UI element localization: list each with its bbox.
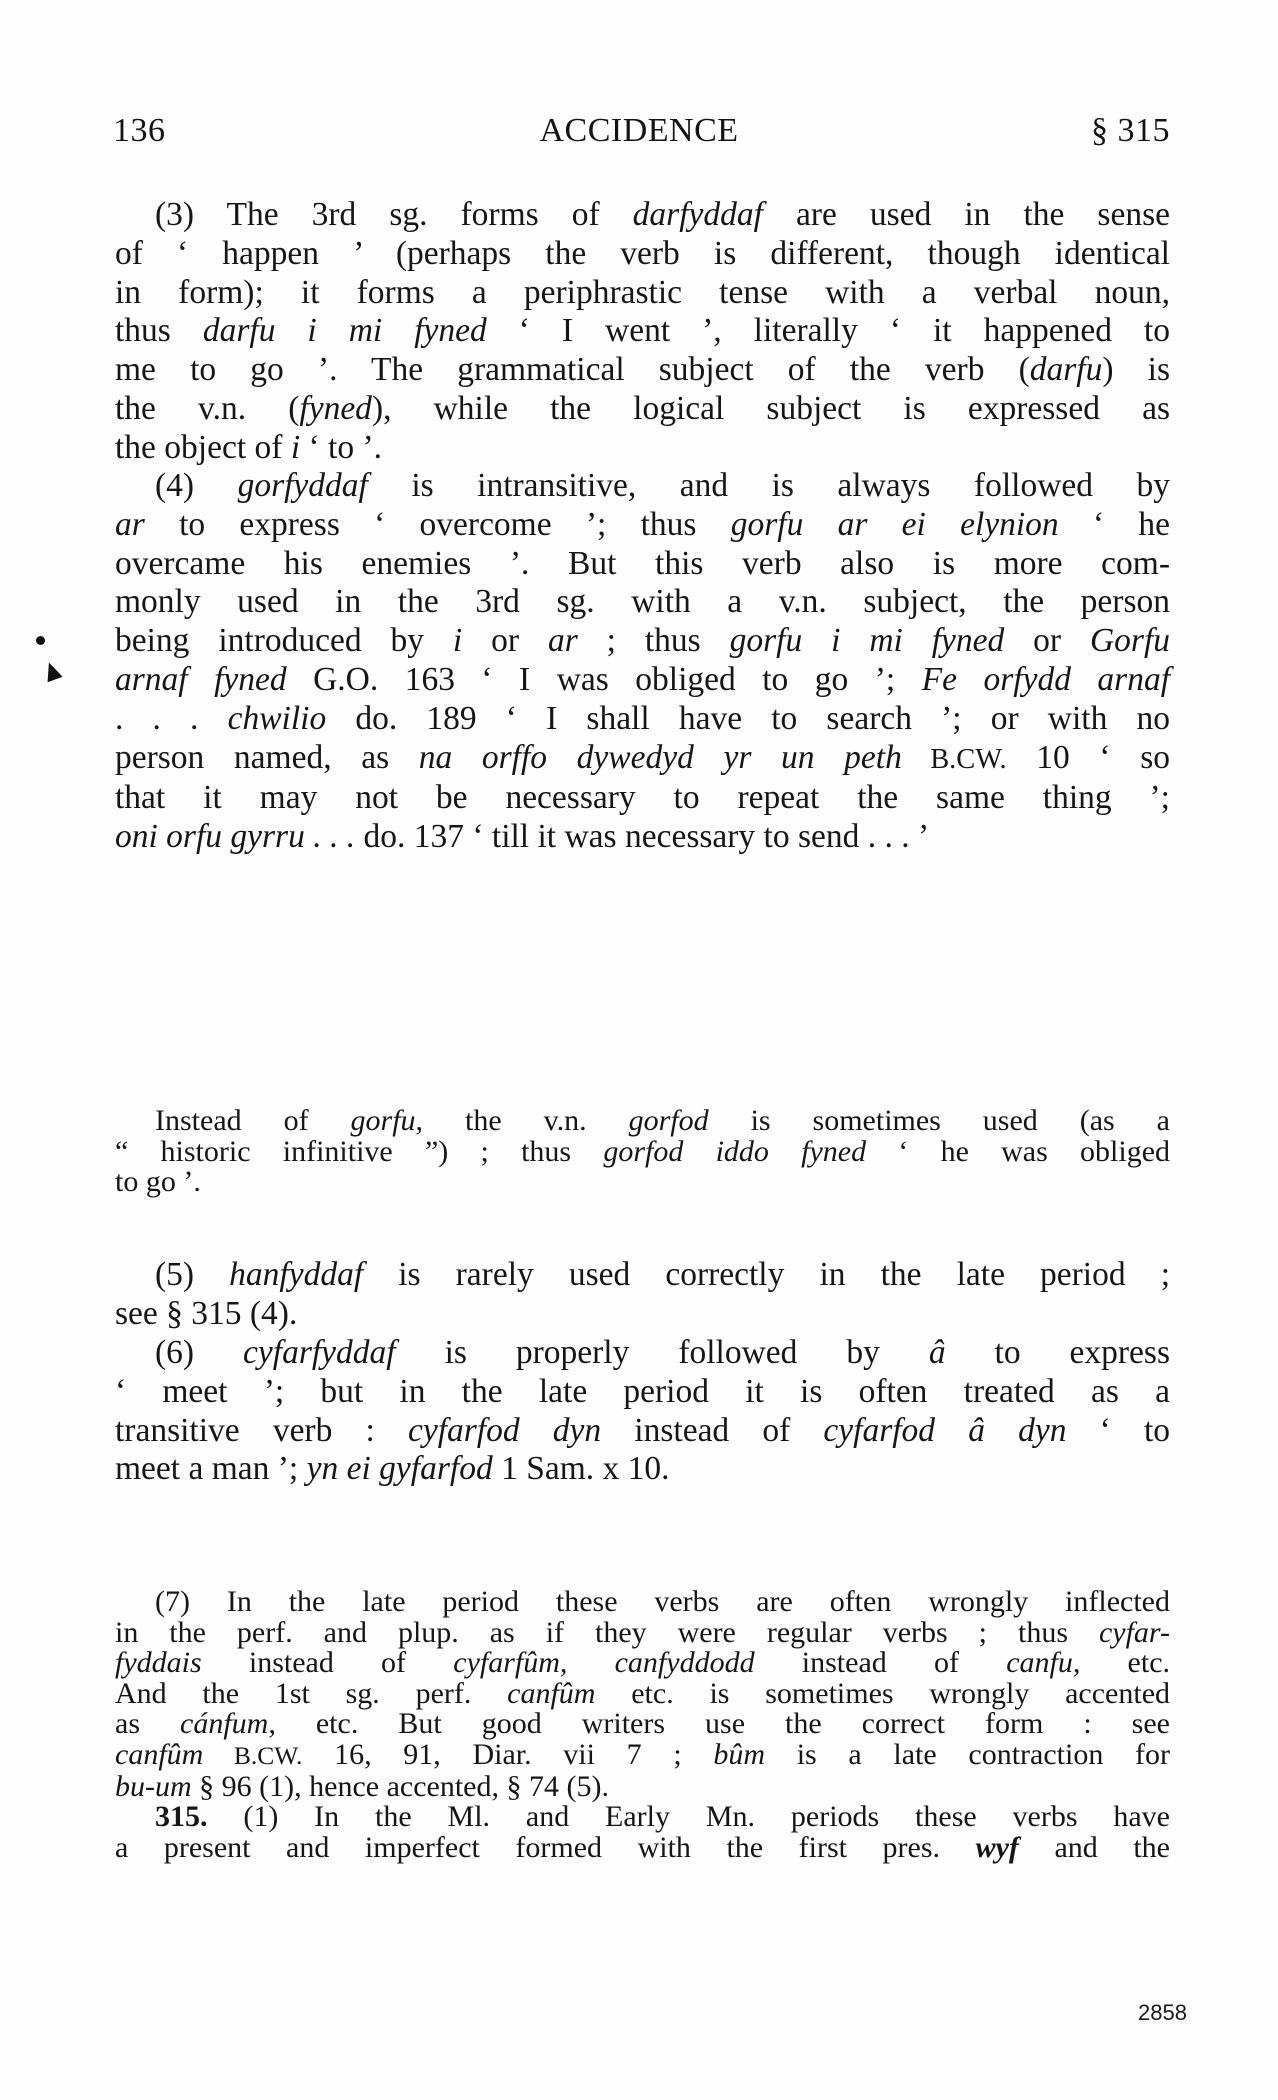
paragraph-7: (7) In the late period these verbs are o… [115, 1587, 1170, 1802]
text-line: (6) cyfarfyddaf is properly followed by … [115, 1334, 1170, 1373]
text-line: 315. (1) In the Ml. and Early Mn. period… [115, 1802, 1170, 1833]
text-line: in the perf. and plup. as if they were r… [115, 1618, 1170, 1649]
text-line: “ historic infinitive ”) ; thus gorfod i… [115, 1137, 1170, 1168]
text-line: bu-um § 96 (1), hence accented, § 74 (5)… [115, 1772, 1170, 1803]
paragraph-5: (5) hanfyddaf is rarely used correctly i… [115, 1256, 1170, 1334]
text-line: oni orfu gyrru . . . do. 137 ‘ till it w… [115, 818, 1170, 857]
note-gorfod: Instead of gorfu, the v.n. gorfod is som… [115, 1106, 1170, 1198]
text-line: the object of i ‘ to ’. [115, 429, 1170, 468]
text-line: to go ’. [115, 1167, 1170, 1198]
text-line: (3) The 3rd sg. forms of darfyddaf are u… [115, 196, 1170, 235]
text-line: (7) In the late period these verbs are o… [115, 1587, 1170, 1618]
text-line: as cánfum, etc. But good writers use the… [115, 1709, 1170, 1740]
margin-dot-mark [36, 636, 45, 645]
text-line: meet a man ’; yn ei gyfarfod 1 Sam. x 10… [115, 1450, 1170, 1489]
text-line: of ‘ happen ’ (perhaps the verb is diffe… [115, 235, 1170, 274]
text-line: . . . chwilio do. 189 ‘ I shall have to … [115, 700, 1170, 739]
text-line: the v.n. (fyned), while the logical subj… [115, 390, 1170, 429]
text-line: ar to express ‘ overcome ’; thus gorfu a… [115, 506, 1170, 545]
paragraph-3: (3) The 3rd sg. forms of darfyddaf are u… [115, 196, 1170, 468]
text-line: being introduced by i or ar ; thus gorfu… [115, 622, 1170, 661]
scan-number: 2858 [1138, 2000, 1187, 2026]
text-line: fyddais instead of cyfarfûm, canfyddodd … [115, 1648, 1170, 1679]
text-line: And the 1st sg. perf. canfûm etc. is som… [115, 1679, 1170, 1710]
text-line: Instead of gorfu, the v.n. gorfod is som… [115, 1106, 1170, 1137]
text-line: monly used in the 3rd sg. with a v.n. su… [115, 583, 1170, 622]
book-page: 136 ACCIDENCE § 315 (3) The 3rd sg. form… [0, 0, 1278, 2100]
text-line: overcame his enemies ’. But this verb al… [115, 545, 1170, 584]
text-line: ‘ meet ’; but in the late period it is o… [115, 1373, 1170, 1412]
text-line: (5) hanfyddaf is rarely used correctly i… [115, 1256, 1170, 1295]
text-line: arnaf fyned G.O. 163 ‘ I was obliged to … [115, 661, 1170, 700]
section-number: § 315 [1091, 112, 1170, 150]
text-line: see § 315 (4). [115, 1295, 1170, 1334]
text-line: canfûm B.CW. 16, 91, Diar. vii 7 ; bûm i… [115, 1740, 1170, 1772]
text-line: me to go ’. The grammatical subject of t… [115, 351, 1170, 390]
text-line: a present and imperfect formed with the … [115, 1833, 1170, 1864]
text-line: person named, as na orffo dywedyd yr un … [115, 739, 1170, 780]
margin-ink-mark [41, 660, 62, 682]
text-line: in form); it forms a periphrastic tense … [115, 274, 1170, 313]
paragraph-6: (6) cyfarfyddaf is properly followed by … [115, 1334, 1170, 1489]
text-line: that it may not be necessary to repeat t… [115, 779, 1170, 818]
running-title: ACCIDENCE [0, 112, 1278, 150]
text-line: (4) gorfyddaf is intransitive, and is al… [115, 467, 1170, 506]
text-line: transitive verb : cyfarfod dyn instead o… [115, 1412, 1170, 1451]
text-line: thus darfu i mi fyned ‘ I went ’, litera… [115, 312, 1170, 351]
section-number-bold: 315. [155, 1800, 208, 1833]
paragraph-4: (4) gorfyddaf is intransitive, and is al… [115, 467, 1170, 857]
section-315-paragraph: 315. (1) In the Ml. and Early Mn. period… [115, 1802, 1170, 1863]
